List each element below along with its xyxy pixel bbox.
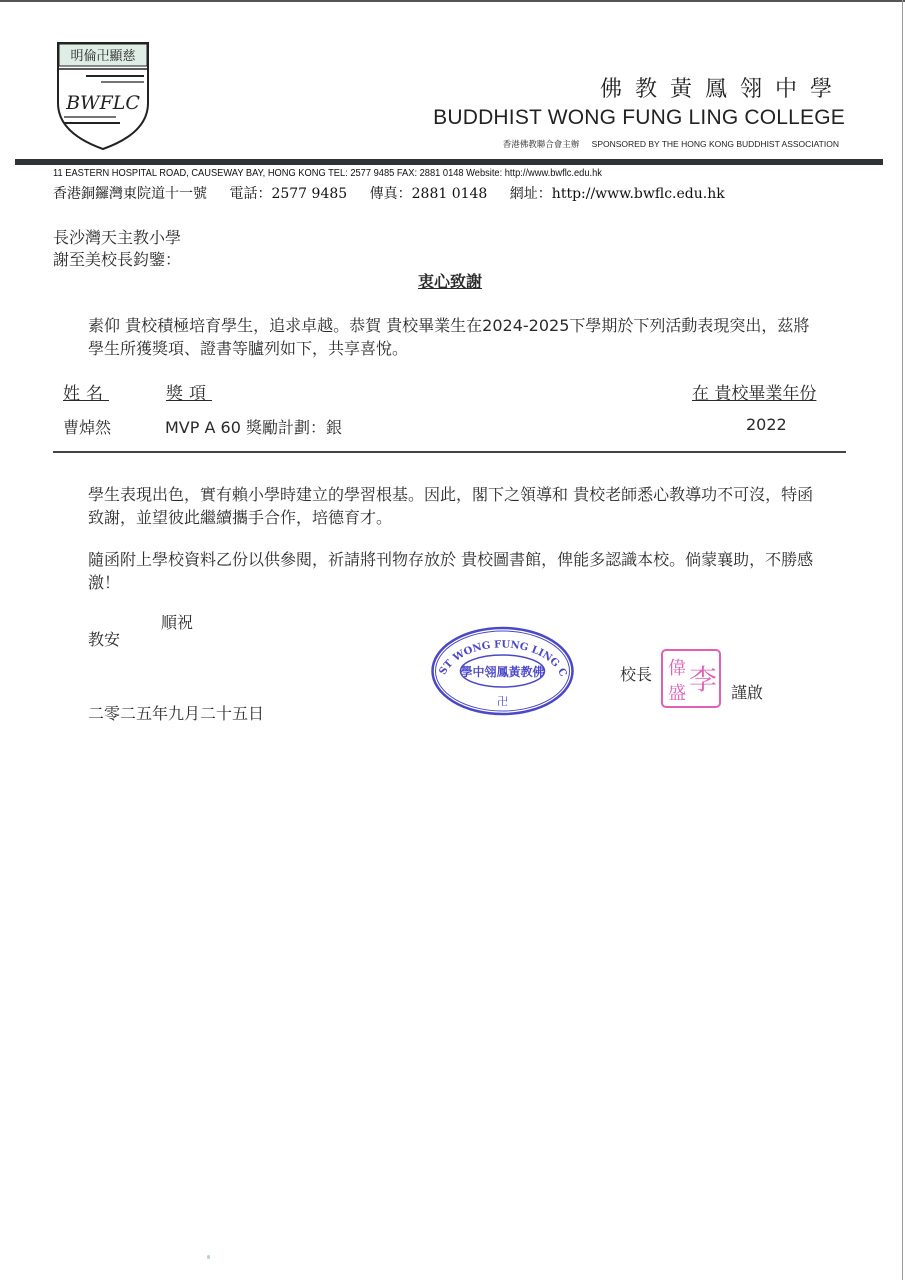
address-english: 11 EASTERN HOSPITAL ROAD, CAUSEWAY BAY, …	[53, 168, 602, 179]
address-chinese: 香港銅鑼灣東院道十一號 電話：2577 9485 傳真：2881 0148 網址…	[53, 183, 743, 203]
table-row-year: 2022	[746, 415, 787, 434]
intro-paragraph: 素仰 貴校積極培育學生，追求卓越。恭賀 貴校畢業生在2024-2025下學期於下…	[88, 314, 818, 360]
svg-text:盛: 盛	[668, 683, 686, 704]
sponsor-chinese: 香港佛教聯合會主辦	[503, 139, 580, 149]
svg-text:明倫卍顯慈: 明倫卍顯慈	[70, 48, 135, 64]
page-top-edge	[0, 0, 905, 2]
thanks-paragraph: 學生表現出色，實有賴小學時建立的學習根基。因此，閣下之領導和 貴校老師悉心教導功…	[88, 483, 818, 529]
sponsor-line: 香港佛教聯合會主辦 SPONSORED BY THE HONG KONG BUD…	[503, 138, 839, 150]
recipient-salutation: 謝至美校長鈞鑒：	[53, 247, 181, 270]
table-row-student-name: 曹焯然	[63, 415, 111, 438]
enclosure-paragraph: 隨函附上學校資料乙份以供參閱，祈請將刊物存放於 貴校圖書館，俾能多認識本校。倘蒙…	[88, 548, 818, 594]
svg-text:李: 李	[689, 663, 717, 696]
closing-greeting: 順祝	[161, 610, 193, 633]
school-crest-logo: 明倫卍顯慈 BWFLC	[56, 41, 150, 151]
school-name-english: BUDDHIST WONG FUNG LING COLLEGE	[433, 106, 845, 130]
letter-date: 二零二五年九月二十五日	[88, 701, 264, 724]
letter-title: 衷心致謝	[418, 269, 482, 292]
header-divider	[15, 159, 883, 165]
address-cn-fax: 傳真：2881 0148	[370, 186, 488, 202]
table-bottom-rule	[53, 451, 846, 453]
table-header-award: 獎項	[166, 379, 212, 404]
table-header-graduation-year: 在 貴校畢業年份	[692, 379, 816, 404]
scan-speck	[207, 1255, 210, 1259]
svg-text:BWFLC: BWFLC	[65, 92, 140, 114]
table-row-award: MVP A 60 獎勵計劃：銀	[165, 415, 342, 438]
school-seal-stamp: BUDDHIST WONG FUNG LING COLLEGE 學中翎鳳黃教佛 …	[430, 625, 575, 717]
table-header-name: 姓名	[63, 379, 109, 404]
address-cn-web: 網址：http://www.bwflc.edu.hk	[510, 186, 725, 202]
sponsor-english: SPONSORED BY THE HONG KONG BUDDHIST ASSO…	[592, 139, 839, 149]
sign-off: 謹啟	[731, 680, 763, 703]
address-cn-street: 香港銅鑼灣東院道十一號	[53, 186, 207, 202]
recipient-school: 長沙灣天主教小學	[53, 225, 181, 248]
school-name-chinese: 佛教黃鳳翎中學	[600, 72, 845, 103]
svg-text:卍: 卍	[497, 695, 508, 708]
principal-label: 校長	[620, 662, 652, 685]
principal-chop-stamp: 偉 盛 李	[659, 647, 723, 710]
address-cn-tel: 電話：2577 9485	[229, 186, 347, 202]
svg-text:偉: 偉	[668, 658, 686, 679]
svg-text:學中翎鳳黃教佛: 學中翎鳳黃教佛	[459, 664, 544, 679]
closing-greeting-2: 教安	[88, 627, 120, 650]
page-right-edge	[902, 0, 903, 1280]
